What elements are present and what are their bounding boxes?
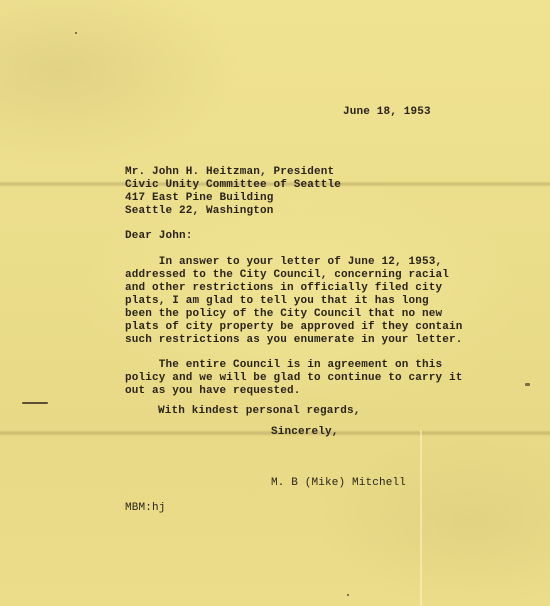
paragraph1-line-4: plats, I am glad to tell you that it has… <box>125 295 429 308</box>
paragraph2-line-3: out as you have requested. <box>125 385 301 398</box>
ink-speck <box>347 594 349 596</box>
ink-speck <box>525 383 530 386</box>
paragraph2-line-2: policy and we will be glad to continue t… <box>125 372 463 385</box>
recipient-line-1: Mr. John H. Heitzman, President <box>125 166 334 179</box>
signature-name: M. B (Mike) Mitchell <box>271 477 406 490</box>
recipient-line-4: Seattle 22, Washington <box>125 205 274 218</box>
paragraph2-line-1: The entire Council is in agreement on th… <box>125 359 442 372</box>
paragraph1-line-3: and other restrictions in officially fil… <box>125 282 442 295</box>
paragraph1-line-2: addressed to the City Council, concernin… <box>125 269 449 282</box>
paragraph1-line-1: In answer to your letter of June 12, 195… <box>125 256 442 269</box>
recipient-line-2: Civic Unity Committee of Seattle <box>125 179 341 192</box>
ink-speck <box>75 32 77 34</box>
letter-date: June 18, 1953 <box>343 106 431 119</box>
recipient-line-3: 417 East Pine Building <box>125 192 274 205</box>
typist-initials: MBM:hj <box>125 502 166 515</box>
salutation: Dear John: <box>125 230 193 243</box>
letter-page: June 18, 1953 Mr. John H. Heitzman, Pres… <box>0 0 550 606</box>
paragraph1-line-6: plats of city property be approved if th… <box>125 321 463 334</box>
left-margin-mark <box>22 402 48 404</box>
valediction: Sincerely, <box>271 426 339 439</box>
closing-regards: With kindest personal regards, <box>158 405 361 418</box>
paragraph1-line-7: such restrictions as you enumerate in yo… <box>125 334 463 347</box>
crease-vertical <box>420 430 422 606</box>
paragraph1-line-5: been the policy of the City Council that… <box>125 308 442 321</box>
